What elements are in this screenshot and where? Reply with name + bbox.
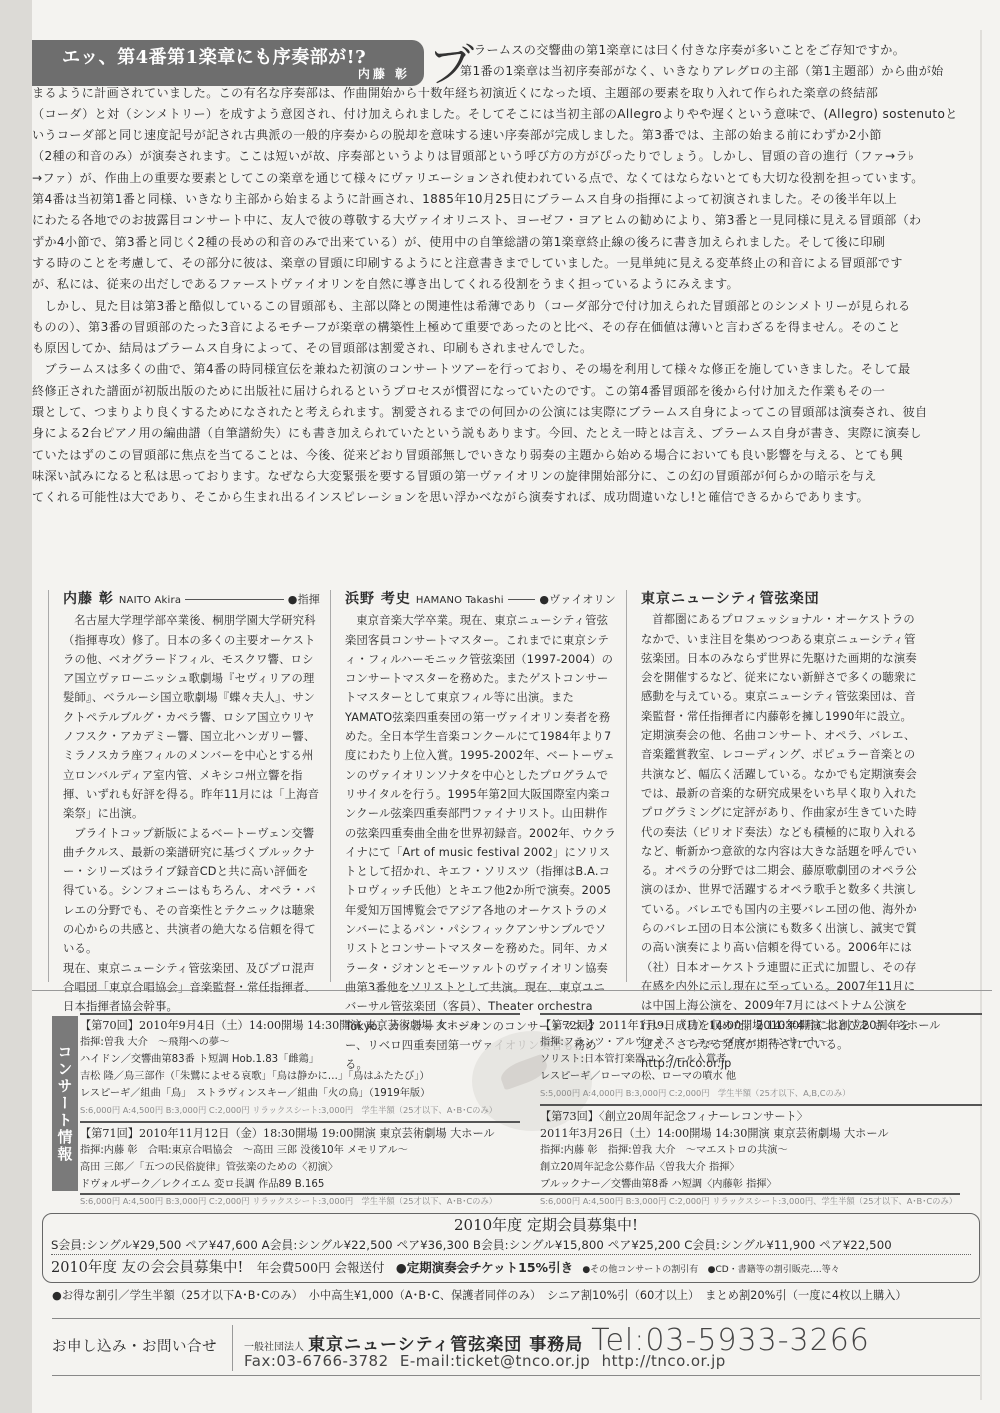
profiles: 内藤 彰 NAITO Akira 指揮 名古屋大学理学部卒業後、桐朋学園大学研究… <box>48 590 948 982</box>
concert-line: 創立20周年記念公募作品〈曽我大介 指揮〉 <box>540 1159 982 1176</box>
profile-paragraph: 名古屋大学理学部卒業後、桐朋学園大学研究科（指揮専攻）修了。日本の多くの主要オー… <box>63 611 320 823</box>
contact-label: お申し込み・お問い合せ <box>52 1335 217 1356</box>
divider <box>508 599 536 600</box>
concert-line: ソリスト:日本管打楽器コンクール入賞者 <box>540 1051 982 1068</box>
concert-headline: 【第73回】〈創立20周年記念フィナーレコンサート〉 <box>540 1108 982 1125</box>
concert-73: 【第73回】〈創立20周年記念フィナーレコンサート〉 2011年3月26日（土）… <box>540 1104 982 1212</box>
profile-paragraph: ブライトコップ新版によるベートーヴェン交響曲チクルス、最新の楽譜研究に基づくブル… <box>63 824 320 959</box>
concert-line: 指揮:フランツ・アルヴァネス ～ニューイヤー・コンサート～ <box>540 1034 982 1051</box>
concert-70: 【第70回】2010年9月4日（土）14:00開場 14:30開演 東京芸術劇場… <box>80 1013 520 1121</box>
corp-type: 一般社団法人 <box>244 1338 304 1353</box>
concert-prices: S:5,000円 A:4,000円 B:3,000円 C:2,000円 学生半額… <box>540 1085 982 1102</box>
friends-fee: 年会費500円 会報送付 <box>257 1260 385 1275</box>
concert-71: 【第71回】2010年11月12日（金）18:30開場 19:00開演 東京芸術… <box>80 1121 520 1212</box>
concert-prices: S:6,000円 A:4,500円 B:3,000円 C:2,000円 リラック… <box>80 1193 520 1210</box>
profile-role: 指揮 <box>288 590 320 609</box>
article-line: 環として、つまりより良くするためになされたと考えられます。割愛されるまでの何回か… <box>32 402 980 423</box>
article-line: てくれる可能性は大であり、そこから生まれ出るインスピレーションを思い浮かべながら… <box>32 487 980 508</box>
contact: お申し込み・お問い合せ 一般社団法人 東京ニューシティ管弦楽団 事務局 Tel:… <box>52 1318 980 1376</box>
profile-name: 浜野 考史 <box>345 590 411 609</box>
profile-naito: 内藤 彰 NAITO Akira 指揮 名古屋大学理学部卒業後、桐朋学園大学研究… <box>49 590 331 982</box>
article-line: 第4番は当初第1番と同様、いきなり主部から始まるように計画され、1885年10月… <box>32 189 980 210</box>
concert-line: 高田 三郎／「五つの民俗旋律」管弦楽のための〈初演〉 <box>80 1159 520 1176</box>
concert-line: 指揮:内藤 彰 合唱:東京合唱協会 ～高田 三郎 没後10年 メモリアル～ <box>80 1142 520 1159</box>
article-body: ラームスの交響曲の第1楽章には曰く付きな序奏が多いことをご存知ですか。第1番の1… <box>32 40 980 509</box>
email-link[interactable]: E-mail:ticket@tnco.or.jp <box>400 1352 590 1370</box>
article-line: 終修正された譜面が初版出版のために出版社に届けられるというプロセスが慣習になって… <box>32 381 980 402</box>
divider <box>185 599 284 600</box>
contact-details: Fax:03-6766-3782 E-mail:ticket@tnco.or.j… <box>244 1352 726 1370</box>
article-line: ずか4小節で、第3番と同じく2種の長めの和音のみで出来ている）が、使用中の自筆総… <box>32 232 980 253</box>
article-line: 味深い試みになると私は思っております。なぜなら大変緊張を要する冒頭の第一ヴァイオ… <box>32 466 980 487</box>
profile-name: 内藤 彰 <box>63 590 114 609</box>
page-left-margin <box>0 0 32 1413</box>
concert-prices: S:6,000円 A:4,500円 B:3,000円 C:2,000円 リラック… <box>540 1193 982 1210</box>
friends-club: 2010年度 友の会会員募集中! 年会費500円 会報送付 ●定期演奏会チケット… <box>51 1255 971 1283</box>
concert-prices: S:6,000円 A:4,500円 B:3,000円 C:2,000円 リラック… <box>80 1102 520 1119</box>
profile-orchestra: 東京ニューシティ管弦楽団 首都圏にあるプロフェッショナル・オーケストラのなかで、… <box>627 590 927 982</box>
friends-benefit: ●CD・書籍等の割引販売‥‥等々 <box>708 1265 840 1275</box>
profile-hamano: 浜野 考史 HAMANO Takashi ヴァイオリン 東京音楽大学卒業。現在、… <box>331 590 627 982</box>
concert-line: 吉松 隆／鳥三部作（「朱鷺によせる哀歌」「鳥は静かに…」「鳥はふたたび」） <box>80 1068 520 1085</box>
concert-line: ハイドン／交響曲第83番 ト短調 Hob.1.83「雌鶏」 <box>80 1051 520 1068</box>
divider <box>80 1193 960 1195</box>
concert-headline: 【第72回】2011年1月9日（日）14:00開場 14:30開演 北とぴあ さ… <box>540 1017 982 1034</box>
article-line: ものの）、第3番の冒頭部のたった3音によるモチーフが楽章の構築性上極めて重要であ… <box>32 317 980 338</box>
article-dropcap: ブ <box>428 42 474 88</box>
profile-name: 東京ニューシティ管弦楽団 <box>641 590 820 609</box>
website-link[interactable]: http://tnco.or.jp <box>602 1352 726 1370</box>
concert-column-left: 【第70回】2010年9月4日（土）14:00開場 14:30開演 東京芸術劇場… <box>80 1013 520 1212</box>
profile-name-en: NAITO Akira <box>119 591 181 610</box>
article-line: にわたる各地でのお披露目コンサート中に、友人で彼の尊敬する大ヴァイオリニスト、ヨ… <box>32 210 980 231</box>
article-line: も原因してか、結局はブラームス自身によって、その冒頭部は割愛され、印刷もされませ… <box>32 338 980 359</box>
article-line: いうコーダ部と同じ速度記号が記され古典派の一般的序奏からの脱却を意味する速い序奏… <box>32 125 980 146</box>
article-line: （2種の和音のみ）が演奏されます。ここは短いが故、序奏部というよりは冒頭部という… <box>32 146 980 167</box>
article-line: →ファ）が、作曲上の重要な要素としてこの楽章を通じて様々にヴァリエーションされ使… <box>32 168 980 189</box>
profile-name-en: HAMANO Takashi <box>416 591 504 610</box>
membership-prices: S会員:シングル¥29,500 ペア¥47,600 A会員:シングル¥22,50… <box>51 1236 971 1255</box>
friends-benefit: ●その他コンサートの割引有 <box>582 1265 698 1275</box>
concert-headline: 【第71回】2010年11月12日（金）18:30開場 19:00開演 東京芸術… <box>80 1125 520 1142</box>
article-line: ブラームスは多くの曲で、第4番の時同様宣伝を兼ねた初演のコンサートツアーを行って… <box>32 359 980 380</box>
divider <box>232 1325 233 1371</box>
membership-box: 2010年度 定期会員募集中! S会員:シングル¥29,500 ペア¥47,60… <box>42 1213 980 1283</box>
membership-title: 2010年度 定期会員募集中! <box>51 1214 971 1236</box>
profile-role: ヴァイオリン <box>539 590 616 609</box>
article-author: 内藤 彰 <box>358 65 410 82</box>
concert-info: コンサート情報 【第70回】2010年9月4日（土）14:00開場 14:30開… <box>32 990 992 1190</box>
concert-line: 指揮:曽我 大介 ～飛翔への夢～ <box>80 1034 520 1051</box>
concert-column-right: 【第72回】2011年1月9日（日）14:00開場 14:30開演 北とぴあ さ… <box>540 1013 982 1212</box>
discounts: ●お得な割引／学生半額（25才以下A･B･Cのみ） 小中高生¥1,000（A･B… <box>52 1287 982 1303</box>
article-line: しかし、見た目は第3番と酷似しているこの冒頭部も、主部以降との関連性は希薄であり… <box>32 296 980 317</box>
article-line: ていたはずのこの冒頭部に焦点を当てることは、今後、従来どおり冒頭部無しでいきなり… <box>32 445 980 466</box>
concert-line: ブルックナー／交響曲第8番 ハ短調〈内藤彰 指揮〉 <box>540 1176 982 1193</box>
concert-line: 指揮:内藤 彰 指揮:曽我 大介 ～マエストロの共演～ <box>540 1142 982 1159</box>
concert-line: レスピーギ／ローマの松、ローマの噴水 他 <box>540 1068 982 1085</box>
concert-headline: 【第70回】2010年9月4日（土）14:00開場 14:30開演 東京芸術劇場… <box>80 1017 520 1034</box>
friends-title: 2010年度 友の会会員募集中! <box>51 1260 243 1276</box>
article-line: 身による2台ピアノ用の編曲譜（自筆譜紛失）にも書き加えられていたという説もありま… <box>32 423 980 444</box>
friends-benefit: ●定期演奏会チケット15%引き <box>396 1260 573 1275</box>
article-line: する時のことを考慮して、その部分に彼は、楽章の冒頭に印刷するようにと注意書きまで… <box>32 253 980 274</box>
concert-line: レスピーギ／組曲「鳥」 ストラヴィンスキー／組曲「火の鳥」（1919年版） <box>80 1085 520 1102</box>
article-line: が、私には、従来の出だしであるファーストヴァイオリンを自然に導き出してくれる役割… <box>32 274 980 295</box>
concert-line: ドヴォルザーク／レクイエム 変ロ長調 作品89 B.165 <box>80 1176 520 1193</box>
concert-date: 2011年3月26日（土）14:00開場 14:30開演 東京芸術劇場 大ホール <box>540 1125 982 1142</box>
concert-72: 【第72回】2011年1月9日（日）14:00開場 14:30開演 北とぴあ さ… <box>540 1013 982 1104</box>
concert-info-label: コンサート情報 <box>52 1016 78 1191</box>
article-title-banner: エッ、第4番第1楽章にも序奏部が!? 内藤 彰 <box>32 40 424 86</box>
article-line: （コーダ）と対（シンメトリー）を成すよう意図され、付け加えられました。そしてそこ… <box>32 104 980 125</box>
fax-number: Fax:03-6766-3782 <box>244 1352 389 1370</box>
